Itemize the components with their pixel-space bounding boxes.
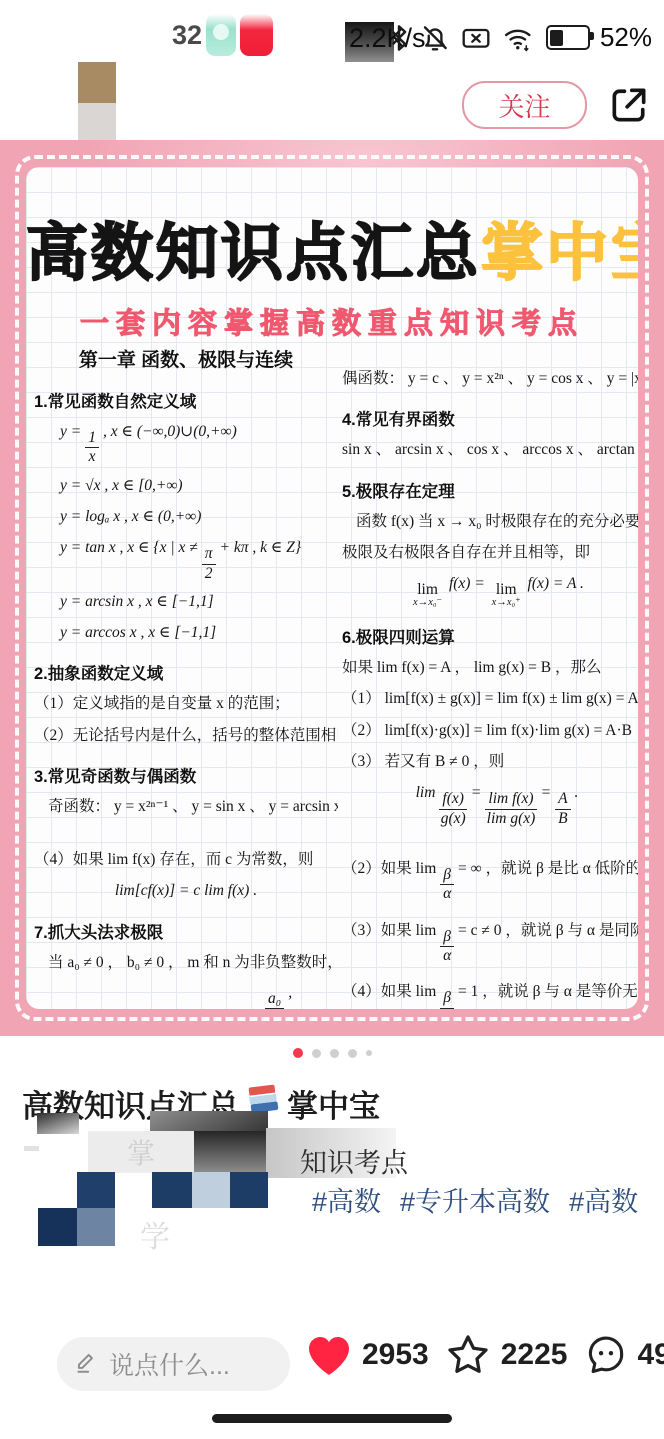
- cover-title: 高数知识点汇总掌中宝: [26, 203, 638, 292]
- carousel-dot: [366, 1050, 372, 1056]
- text-line: 函数 f(x) 当 x → x₀ 时极限存在的充分必要条件: [342, 510, 638, 533]
- post-title-post: 掌中宝: [287, 1081, 380, 1126]
- follow-label: 关注: [498, 87, 550, 124]
- app-screen: 32 2.2K/s 52% 关注 高数知识点汇总掌中宝 一套: [0, 0, 664, 1439]
- carousel-dot-active: [293, 1048, 303, 1058]
- censor-block: [230, 1172, 268, 1208]
- formula-line: limx→x₀⁻ f(x) = limx→x₀⁺ f(x) = A .: [342, 572, 638, 608]
- action-buttons: 2953 2225 49: [305, 1332, 664, 1378]
- censor-block: [77, 1172, 115, 1208]
- section-heading: 5.极限存在定理: [342, 478, 638, 502]
- section-heading: 6.极限四则运算: [342, 624, 638, 648]
- carousel-dot: [312, 1049, 321, 1058]
- cover-subtitle: 一套内容掌握高数重点知识考点: [26, 301, 638, 342]
- formula-line: limf(x)g(x)=lim f(x)lim g(x)=AB.: [342, 781, 638, 827]
- comment-bubble-icon[interactable]: [583, 1333, 629, 1377]
- section-heading: 7.抓大头法求极限: [34, 919, 338, 943]
- censor-block: [194, 1131, 268, 1173]
- cover-image[interactable]: 高数知识点汇总掌中宝 一套内容掌握高数重点知识考点 第一章 函数、极限与连续 1…: [0, 140, 664, 1036]
- section-heading: 3.常见奇函数与偶函数: [34, 763, 338, 787]
- description-fragment: 知识考点: [300, 1141, 408, 1180]
- avatar[interactable]: [78, 62, 116, 103]
- share-icon[interactable]: [607, 83, 651, 127]
- formula-line: y = arccos x , x ∈ [−1,1]: [34, 621, 338, 644]
- text-line: （2）如果 limβα= ∞ ，就说 β 是比 α 低阶的无穷小；: [342, 857, 638, 903]
- text-line: 极限及右极限各自存在并且相等，即: [342, 541, 638, 564]
- notification-app-icon-red: [240, 14, 273, 56]
- comment-count: 49: [638, 1338, 664, 1372]
- faint-char: 学: [140, 1212, 170, 1256]
- like-count: 2953: [362, 1338, 429, 1372]
- text-line: （2）无论括号内是什么，括号的整体范围相同.: [34, 724, 338, 747]
- text-line: 当 a₀ ≠ 0 ， b₀ ≠ 0 ， m 和 n 为非负整数时，有: [34, 951, 338, 974]
- cover-title-black: 高数知识点汇总: [26, 219, 481, 288]
- text-line: （3）如果 limβα= c ≠ 0 ，就说 β 与 α 是同阶无穷小；: [342, 919, 638, 965]
- censor-block: [24, 1146, 39, 1151]
- formula-line: y = tan x , x ∈ {x | x ≠π2+ kπ , k ∈ Z}: [34, 536, 338, 582]
- formula-line: y = logₐ x , x ∈ (0,+∞): [34, 505, 338, 528]
- text-line: （4）如果 limβα= 1 ，就说 β 与 α 是等价无穷小，记作: [342, 980, 638, 1009]
- battery-percent: 52%: [600, 22, 652, 53]
- formula-line: y =1x, x ∈ (−∞,0)∪(0,+∞): [34, 420, 338, 466]
- formula-line: lim[cf(x)] = c lim f(x) .: [34, 879, 338, 902]
- censor-block: 掌: [88, 1131, 194, 1173]
- like-group: 2953: [305, 1333, 429, 1377]
- hashtags: #高数 #专升本高数 #高数: [312, 1180, 638, 1219]
- bluetooth-icon: [388, 23, 410, 53]
- status-icons: 52%: [388, 22, 652, 53]
- censor-block: [77, 1208, 115, 1246]
- text-line: （1）定义域指的是自变量 x 的范围；: [34, 692, 338, 715]
- favorite-group: 2225: [444, 1332, 568, 1378]
- section-heading: 1.常见函数自然定义域: [34, 388, 338, 412]
- battery-icon: [546, 25, 590, 50]
- notification-app-icon-teal: [206, 14, 236, 56]
- pencil-icon: [73, 1349, 99, 1380]
- censor-block: [152, 1172, 192, 1208]
- formula-line: y = √x , x ∈ [0,+∞): [34, 474, 338, 497]
- formula-line: 奇函数： y = x²ⁿ⁻¹ 、 y = sin x 、 y = arcsin …: [34, 795, 338, 818]
- hashtag[interactable]: #高数: [312, 1180, 381, 1219]
- cover-title-yellow: 掌中宝: [481, 219, 638, 288]
- heart-icon[interactable]: [305, 1333, 353, 1377]
- piecewise-limit-formula: limx→∞ a₀xᵐ + a₁xᵐ⁻¹ + ⋯ + aₘb₀xⁿ + b₁xⁿ…: [34, 984, 338, 1009]
- sim-missing-icon: [460, 23, 492, 53]
- status-time-fragment: 32: [172, 20, 202, 51]
- comment-group: 49: [583, 1333, 664, 1377]
- censor-block: [192, 1172, 230, 1208]
- hashtag[interactable]: #专升本高数: [400, 1180, 550, 1219]
- home-indicator: [212, 1414, 452, 1423]
- text-line: （4）如果 lim f(x) 存在，而 c 为常数，则: [34, 848, 338, 871]
- username-censored[interactable]: [78, 103, 116, 140]
- notes-right-column: 偶函数： y = c 、 y = x²ⁿ 、 y = cos x 、 y = |…: [342, 359, 638, 1009]
- formula-line: y = arcsin x , x ∈ [−1,1]: [34, 590, 338, 613]
- hashtag[interactable]: #高数: [569, 1180, 638, 1219]
- chapter-heading: 第一章 函数、极限与连续: [34, 345, 338, 372]
- favorite-count: 2225: [501, 1338, 568, 1372]
- formula-line: 偶函数： y = c 、 y = x²ⁿ 、 y = cos x 、 y = |…: [342, 367, 638, 390]
- follow-button[interactable]: 关注: [462, 81, 587, 129]
- notes-paper: 高数知识点汇总掌中宝 一套内容掌握高数重点知识考点 第一章 函数、极限与连续 1…: [26, 167, 638, 1009]
- carousel-dot: [348, 1049, 357, 1058]
- censor-block: [38, 1208, 77, 1246]
- notes-left-column: 第一章 函数、极限与连续 1.常见函数自然定义域 y =1x, x ∈ (−∞,…: [34, 345, 338, 1009]
- section-heading: 4.常见有界函数: [342, 406, 638, 430]
- text-line: （3） 若又有 B ≠ 0 ，则: [342, 750, 638, 773]
- section-heading: 2.抽象函数定义域: [34, 660, 338, 684]
- formula-line: （1） lim[f(x) ± g(x)] = lim f(x) ± lim g(…: [342, 687, 638, 710]
- formula-line: （2） lim[f(x)·g(x)] = lim f(x)·lim g(x) =…: [342, 719, 638, 742]
- comment-input[interactable]: 说点什么...: [57, 1337, 290, 1391]
- text-line: 如果 lim f(x) = A ， lim g(x) = B ，那么: [342, 656, 638, 679]
- carousel-dots: [0, 1048, 664, 1058]
- carousel-dot: [330, 1049, 339, 1058]
- comment-placeholder: 说点什么...: [109, 1346, 230, 1382]
- star-icon[interactable]: [444, 1332, 492, 1378]
- censor-block: [37, 1113, 79, 1134]
- formula-line: sin x 、 arcsin x 、 cos x 、 arccos x 、 ar…: [342, 438, 638, 461]
- faint-char: 掌: [127, 1132, 155, 1172]
- wifi-icon: [502, 23, 536, 53]
- bell-muted-icon: [420, 23, 450, 53]
